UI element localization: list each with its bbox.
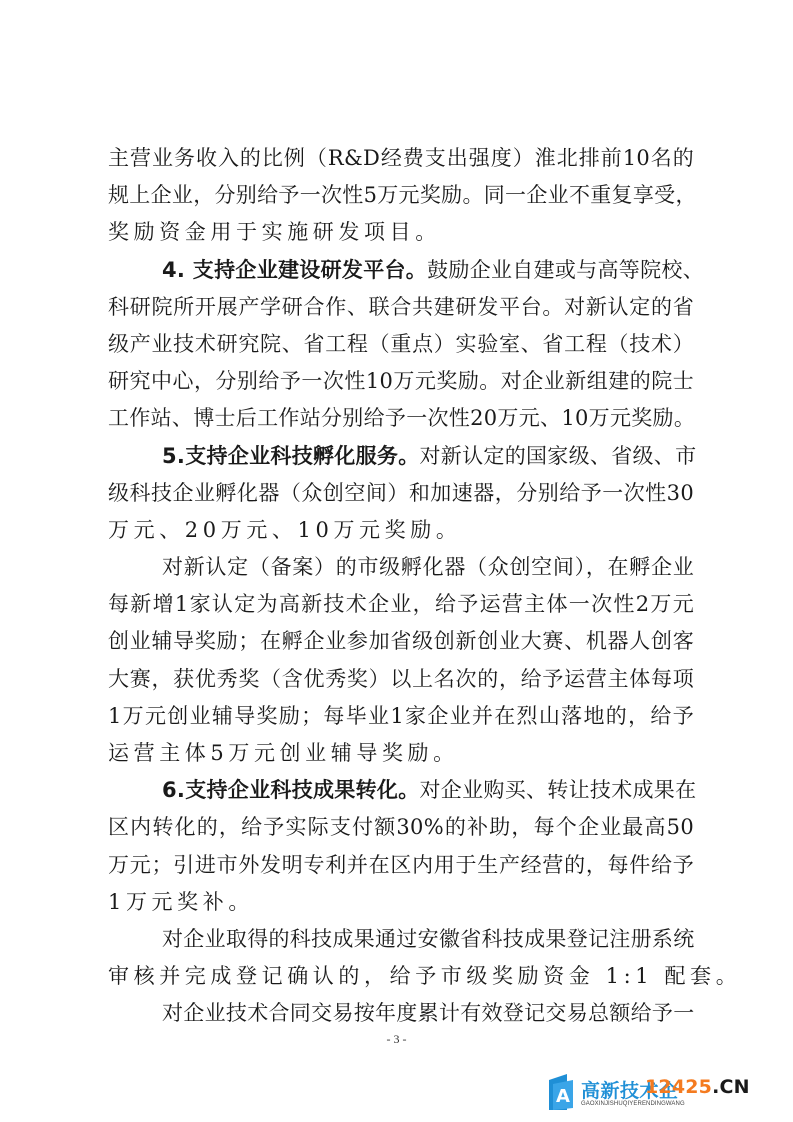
section-heading-line: 6.支持企业科技成果转化。对企业购买、转让技术成果在 bbox=[108, 775, 694, 812]
text-line: 万元、20万元、10万元奖励。 bbox=[108, 515, 694, 552]
site-watermark: A 高新技术企 12425.CN GAOXINJISHUQIYERENDINGW… bbox=[545, 1072, 790, 1114]
text-line: 大赛，获优秀奖（含优秀奖）以上名次的，给予运营主体每项 bbox=[108, 664, 694, 701]
watermark-domain: 12425.CN bbox=[645, 1076, 750, 1098]
text-line: 创业辅导奖励；在孵企业参加省级创新创业大赛、机器人创客 bbox=[108, 626, 694, 663]
section-heading-line: 5.支持企业科技孵化服务。对新认定的国家级、省级、市 bbox=[108, 441, 694, 478]
watermark-domain-number: 12425 bbox=[645, 1076, 712, 1098]
text-line: 审核并完成登记确认的，给予市级奖励资金 1:1 配套。 bbox=[108, 961, 694, 998]
text-line: 1万元奖补。 bbox=[108, 887, 694, 924]
section-heading-5: 5.支持企业科技孵化服务。 bbox=[162, 444, 420, 468]
text-line: 主营业务收入的比例（R&D经费支出强度）淮北排前10名的 bbox=[108, 143, 694, 180]
text-line: 级科技企业孵化器（众创空间）和加速器，分别给予一次性30 bbox=[108, 478, 694, 515]
text-line: 规上企业，分别给予一次性5万元奖励。同一企业不重复享受， bbox=[108, 180, 694, 217]
document-page: 主营业务收入的比例（R&D经费支出强度）淮北排前10名的 规上企业，分别给予一次… bbox=[0, 0, 793, 1122]
watermark-domain-suffix: .CN bbox=[712, 1076, 750, 1098]
text-line: 运营主体5万元创业辅导奖励。 bbox=[108, 738, 694, 775]
text-line: 科研院所开展产学研合作、联合共建研发平台。对新认定的省 bbox=[108, 292, 694, 329]
section-heading-6: 6.支持企业科技成果转化。 bbox=[162, 778, 420, 802]
text-line: 万元；引进市外发明专利并在区内用于生产经营的，每件给予 bbox=[108, 850, 694, 887]
text-line: 奖励资金用于实施研发项目。 bbox=[108, 217, 694, 254]
text-line: 研究中心，分别给予一次性10万元奖励。对企业新组建的院士 bbox=[108, 366, 694, 403]
text-line: 每新增1家认定为高新技术企业，给予运营主体一次性2万元 bbox=[108, 589, 694, 626]
text-span: 鼓励企业自建或与高等院校、 bbox=[427, 258, 704, 282]
text-line: 区内转化的，给予实际支付额30%的补助，每个企业最高50 bbox=[108, 812, 694, 849]
text-span: 对新认定的国家级、省级、市 bbox=[420, 444, 697, 468]
text-line: 对企业取得的科技成果通过安徽省科技成果登记注册系统 bbox=[108, 924, 694, 961]
text-line: 对企业技术合同交易按年度累计有效登记交易总额给予一 bbox=[108, 998, 694, 1035]
watermark-pinyin: GAOXINJISHUQIYERENDINGWANG bbox=[581, 1101, 685, 1107]
svg-text:A: A bbox=[556, 1086, 570, 1107]
text-line: 对新认定（备案）的市级孵化器（众创空间），在孵企业 bbox=[108, 552, 694, 589]
text-line: 1万元创业辅导奖励；每毕业1家企业并在烈山落地的，给予 bbox=[108, 701, 694, 738]
section-heading-4: 4. 支持企业建设研发平台。 bbox=[162, 258, 427, 282]
logo-a-icon: A bbox=[545, 1072, 575, 1112]
document-body: 主营业务收入的比例（R&D经费支出强度）淮北排前10名的 规上企业，分别给予一次… bbox=[108, 143, 694, 1036]
text-span: 对企业购买、转让技术成果在 bbox=[420, 778, 697, 802]
text-line: 工作站、博士后工作站分别给予一次性20万元、10万元奖励。 bbox=[108, 403, 694, 440]
text-line: 级产业技术研究院、省工程（重点）实验室、省工程（技术） bbox=[108, 329, 694, 366]
page-number: - 3 - bbox=[0, 1032, 793, 1047]
section-heading-line: 4. 支持企业建设研发平台。鼓励企业自建或与高等院校、 bbox=[108, 255, 694, 292]
